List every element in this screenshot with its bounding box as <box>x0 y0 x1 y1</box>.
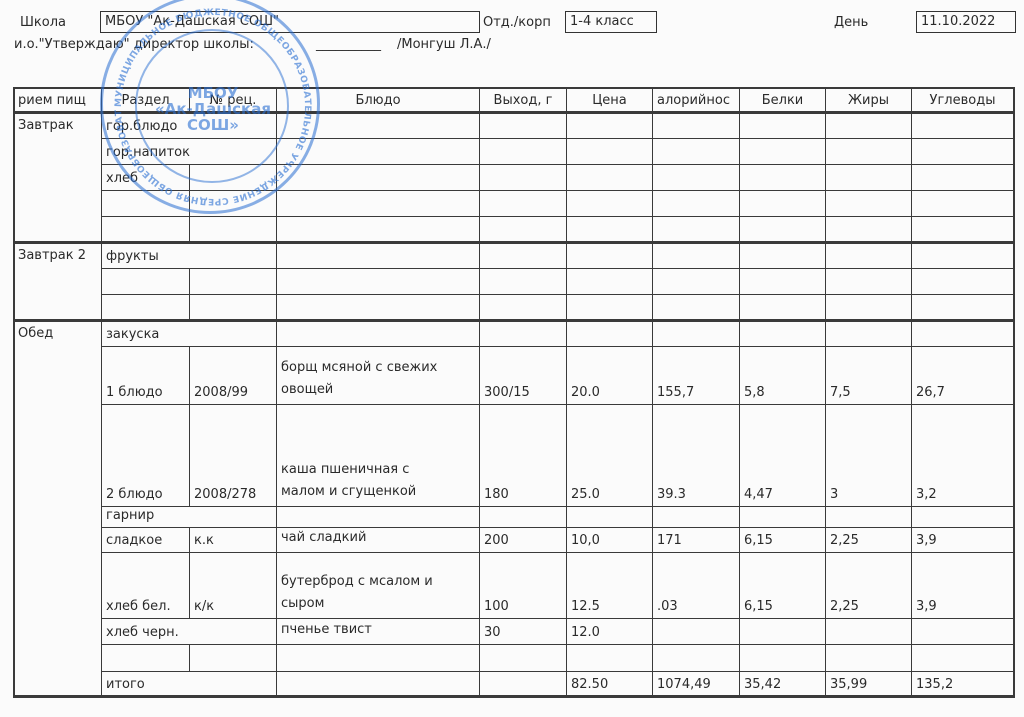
menu-table: рием пищРаздел№ рец.БлюдоВыход, гЦенаало… <box>0 0 1024 717</box>
header-separator <box>14 111 1014 114</box>
table-outer-border <box>13 87 1015 698</box>
